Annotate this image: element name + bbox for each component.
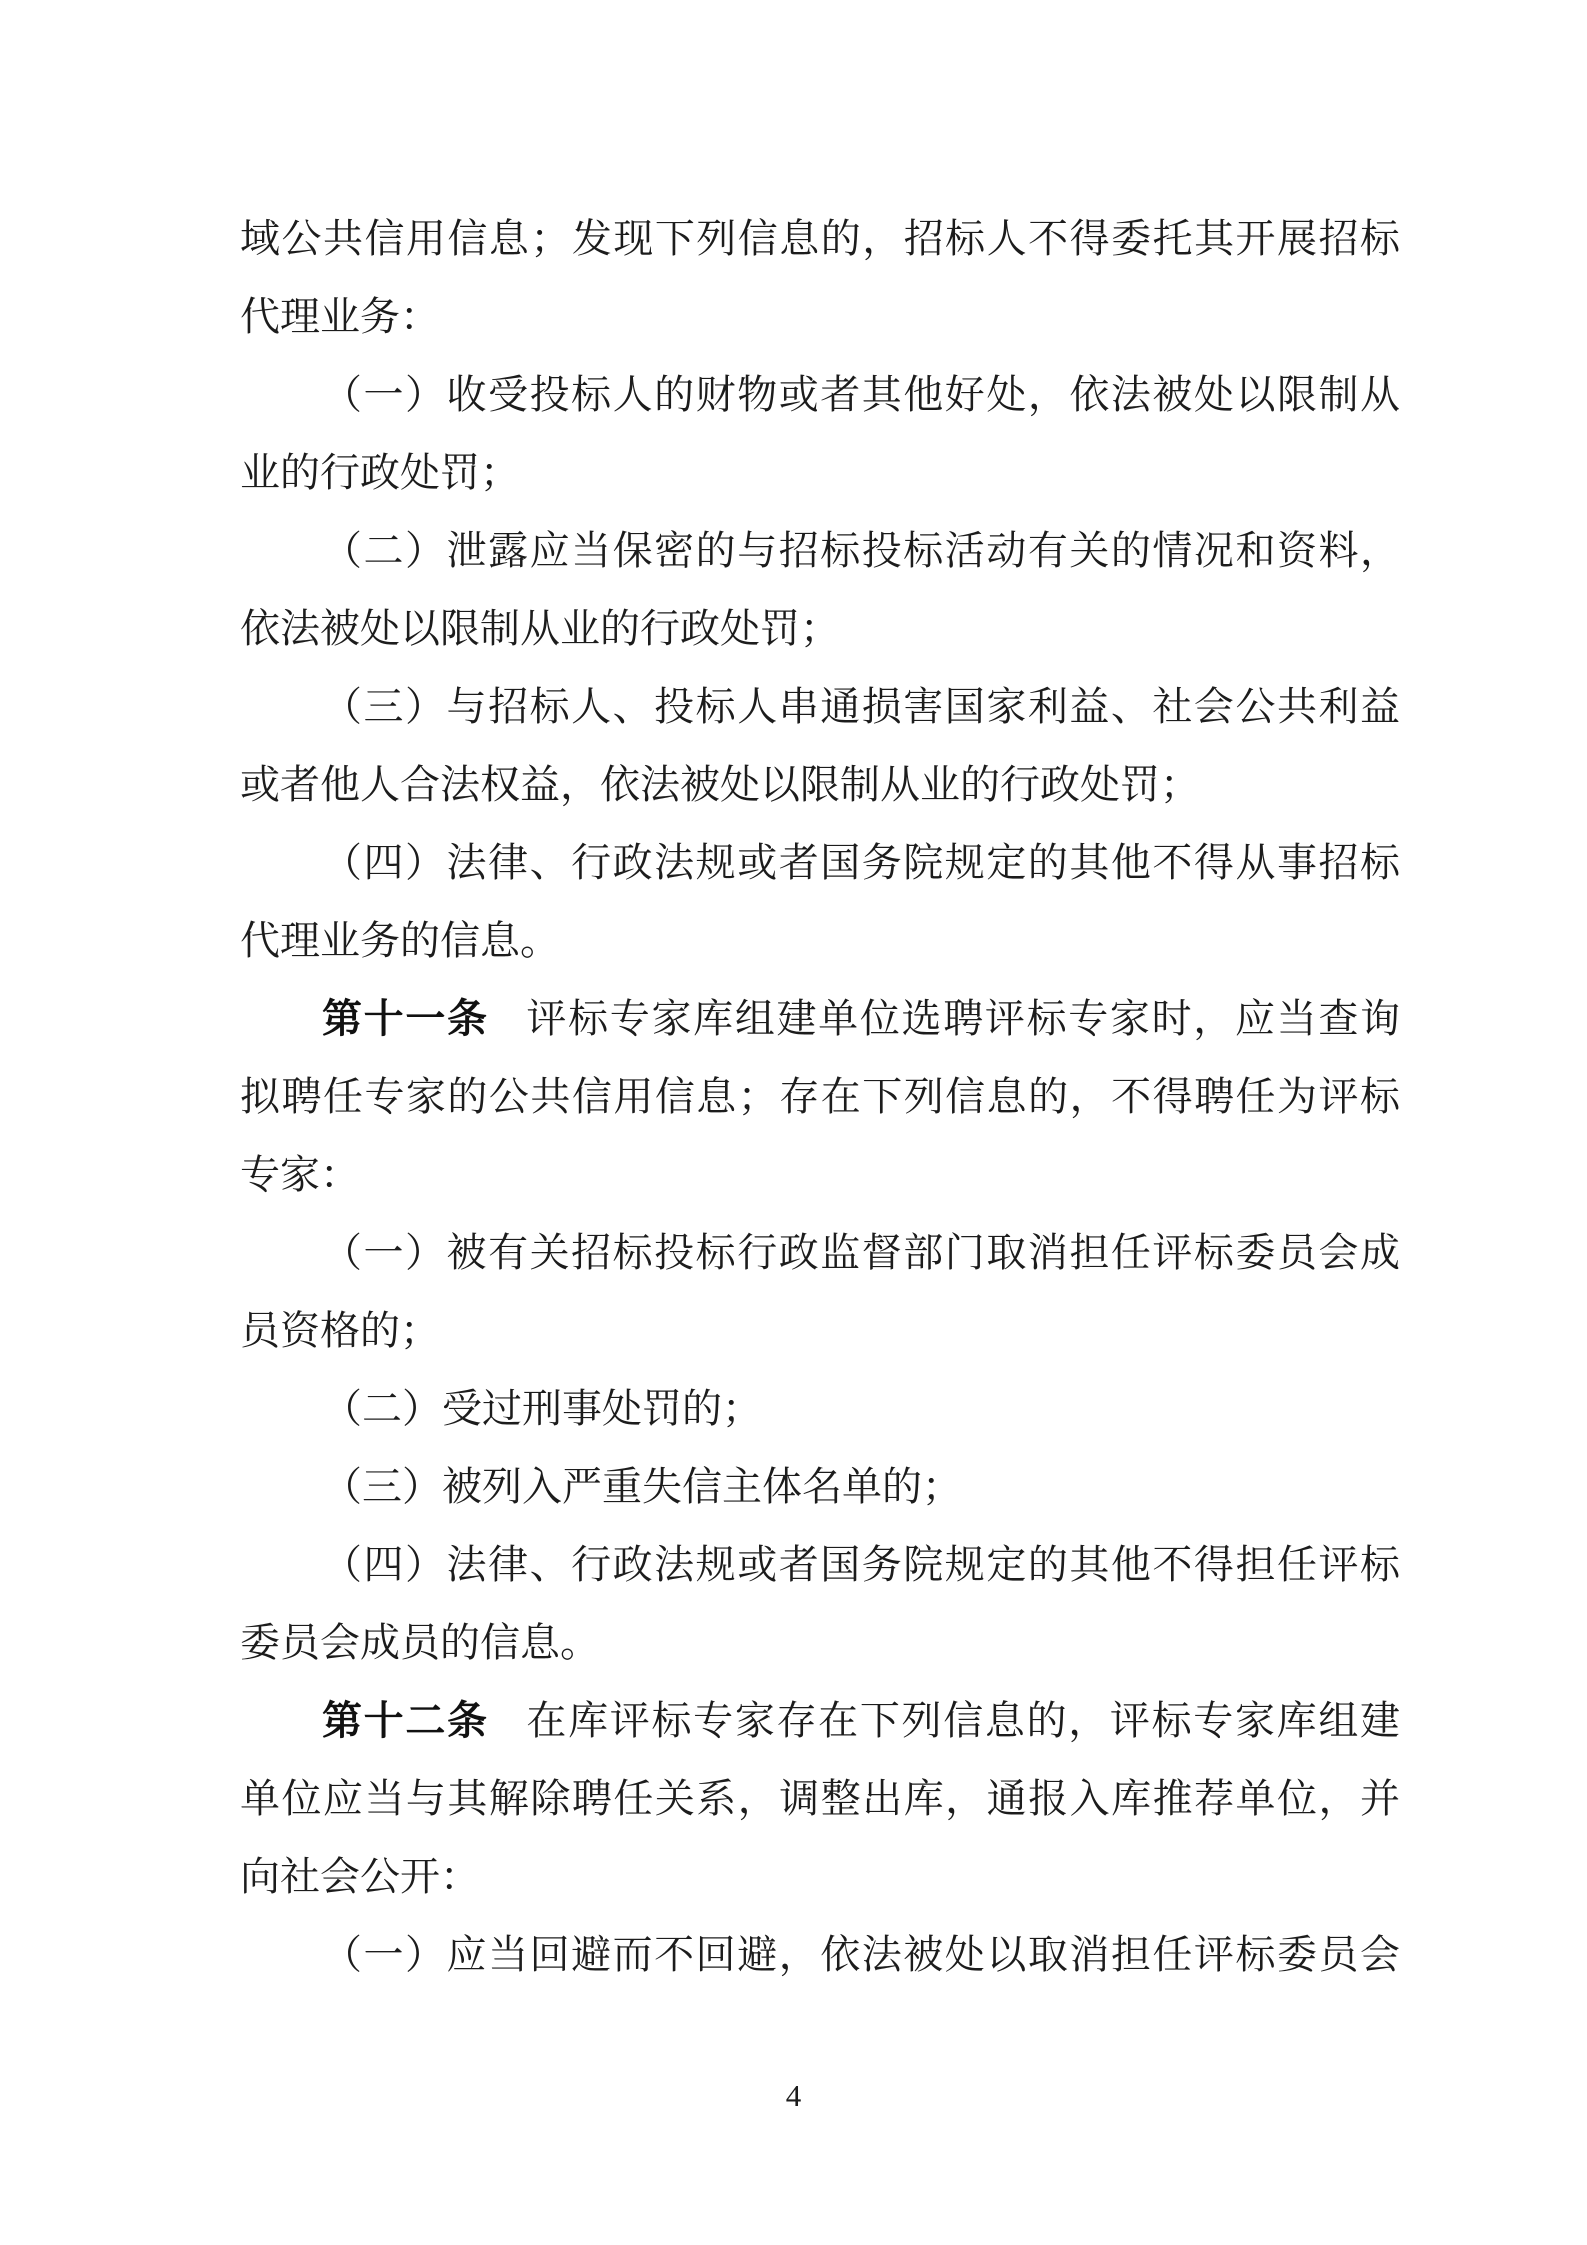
text-line: 第十一条评标专家库组建单位选聘评标专家时，应当查询 — [240, 980, 1400, 1058]
text-line: 专家： — [240, 1136, 1400, 1214]
text-line: 依法被处以限制从业的行政处罚； — [240, 590, 1400, 668]
text-line: 员资格的； — [240, 1292, 1400, 1370]
text-line: （一）被有关招标投标行政监督部门取消担任评标委员会成 — [240, 1214, 1400, 1292]
text-line: （三）被列入严重失信主体名单的； — [240, 1448, 1400, 1526]
text-line: （四）法律、行政法规或者国务院规定的其他不得从事招标 — [240, 824, 1400, 902]
text-line: 委员会成员的信息。 — [240, 1604, 1400, 1682]
text-line: 第十二条在库评标专家存在下列信息的，评标专家库组建 — [240, 1682, 1400, 1760]
text-line: 单位应当与其解除聘任关系，调整出库，通报入库推荐单位，并 — [240, 1760, 1400, 1838]
page-number: 4 — [0, 2078, 1587, 2114]
text-line: （三）与招标人、投标人串通损害国家利益、社会公共利益 — [240, 668, 1400, 746]
line-text: 在库评标专家存在下列信息的，评标专家库组建 — [525, 1698, 1400, 1743]
text-line: （二）泄露应当保密的与招标投标活动有关的情况和资料， — [240, 512, 1400, 590]
line-text: 评标专家库组建单位选聘评标专家时，应当查询 — [525, 996, 1400, 1041]
document-body: 域公共信用信息；发现下列信息的，招标人不得委托其开展招标代理业务：（一）收受投标… — [240, 200, 1400, 1994]
text-line: 域公共信用信息；发现下列信息的，招标人不得委托其开展招标 — [240, 200, 1400, 278]
article-term: 第十二条 — [322, 1699, 489, 1743]
text-line: 或者他人合法权益，依法被处以限制从业的行政处罚； — [240, 746, 1400, 824]
text-line: （二）受过刑事处罚的； — [240, 1370, 1400, 1448]
article-term: 第十一条 — [322, 997, 489, 1041]
text-line: 代理业务： — [240, 278, 1400, 356]
text-line: 拟聘任专家的公共信用信息；存在下列信息的，不得聘任为评标 — [240, 1058, 1400, 1136]
text-line: （一）应当回避而不回避，依法被处以取消担任评标委员会 — [240, 1916, 1400, 1994]
text-line: （四）法律、行政法规或者国务院规定的其他不得担任评标 — [240, 1526, 1400, 1604]
text-line: 代理业务的信息。 — [240, 902, 1400, 980]
text-line: 向社会公开： — [240, 1838, 1400, 1916]
text-line: 业的行政处罚； — [240, 434, 1400, 512]
text-line: （一）收受投标人的财物或者其他好处，依法被处以限制从 — [240, 356, 1400, 434]
document-page: 域公共信用信息；发现下列信息的，招标人不得委托其开展招标代理业务：（一）收受投标… — [0, 0, 1587, 2245]
